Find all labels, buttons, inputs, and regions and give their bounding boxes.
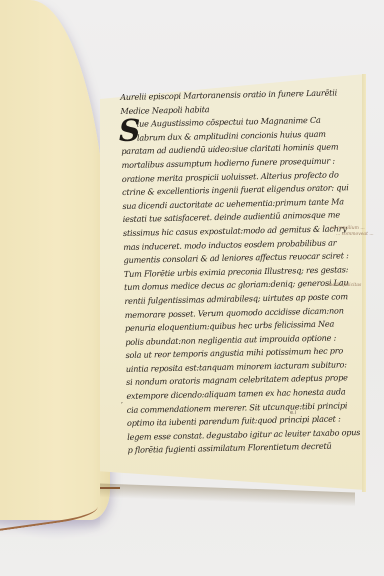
margin-note-line: ... commoveat ... (330, 232, 374, 238)
printer-mark-dot: , (121, 398, 123, 405)
page-bottom-edge (100, 487, 120, 489)
marginal-annotation-lower: media felicitas (328, 283, 361, 289)
oration-text-block: Aurelii episcopi Martoranensis oratio in… (120, 87, 328, 458)
page-bottom-shadow (100, 484, 355, 507)
drop-cap-initial: S (119, 117, 141, 147)
marginal-annotation-upper: ad consilium ... ... commoveat ... (330, 226, 374, 238)
signature-mark: e.i (290, 410, 296, 416)
book-photograph: Aurelii episcopi Martoranensis oratio in… (0, 0, 384, 576)
right-page-edge (362, 74, 366, 492)
left-page-curled (0, 0, 110, 520)
